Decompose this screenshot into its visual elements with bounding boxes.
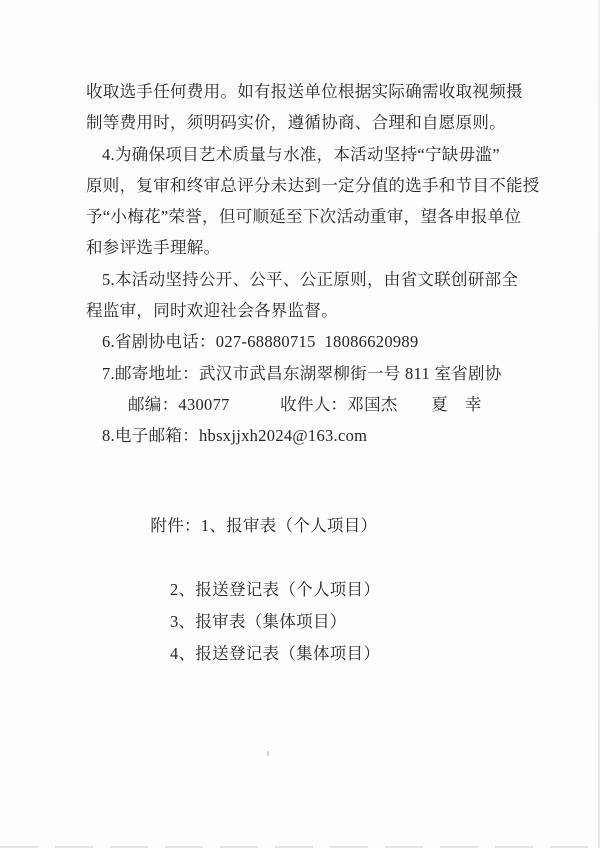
document-page: 收取选手任何费用。如有报送单位根据实际确需收取视频摄 制等费用时，须明码实价，遵… — [0, 0, 600, 848]
body-line-item-8-email: 8.电子邮箱：hbsxjjxh2024@163.com — [102, 420, 556, 451]
body-line-item-4: 4.为确保项目艺术质量与水准，本活动坚持“宁缺毋滥” — [102, 139, 556, 170]
body-line: 原则，复审和终审总评分未达到一定分值的选手和节目不能授 — [86, 170, 556, 201]
attachment-row: 附件：1、报审表（个人项目） — [115, 478, 556, 574]
attachments-section: 附件：1、报审表（个人项目） 2、报送登记表（个人项目） 3、报审表（集体项目）… — [86, 478, 556, 670]
attachment-item: 1、报审表（个人项目） — [201, 516, 378, 535]
body-line: 予“小梅花”荣誉，但可顺延至下次活动重审，望各申报单位 — [86, 201, 556, 232]
body-line-postcode-recipient: 邮编：430077 收件人：邓国杰 夏 幸 — [128, 389, 556, 420]
body-line: 收取选手任何费用。如有报送单位根据实际确需收取视频摄 — [86, 76, 556, 107]
attachment-item: 4、报送登记表（集体项目） — [170, 638, 556, 670]
body-line-item-6-phone: 6.省剧协电话：027-68880715 18086620989 — [102, 326, 556, 357]
scan-speck-artifact — [267, 751, 269, 756]
attachment-item: 3、报审表（集体项目） — [170, 606, 556, 638]
attachment-item: 2、报送登记表（个人项目） — [170, 574, 556, 606]
body-line: 程监审，同时欢迎社会各界监督。 — [86, 295, 556, 326]
document-text: 收取选手任何费用。如有报送单位根据实际确需收取视频摄 制等费用时，须明码实价，遵… — [86, 76, 556, 670]
body-line-item-5: 5.本活动坚持公开、公平、公正原则，由省文联创研部全 — [102, 264, 556, 295]
body-line-item-7-address: 7.邮寄地址：武汉市武昌东湖翠柳街一号 811 室省剧协 — [102, 358, 556, 389]
body-line: 和参评选手理解。 — [86, 232, 556, 263]
attachments-label: 附件： — [150, 516, 200, 535]
body-line: 制等费用时，须明码实价，遵循协商、合理和自愿原则。 — [86, 107, 556, 138]
